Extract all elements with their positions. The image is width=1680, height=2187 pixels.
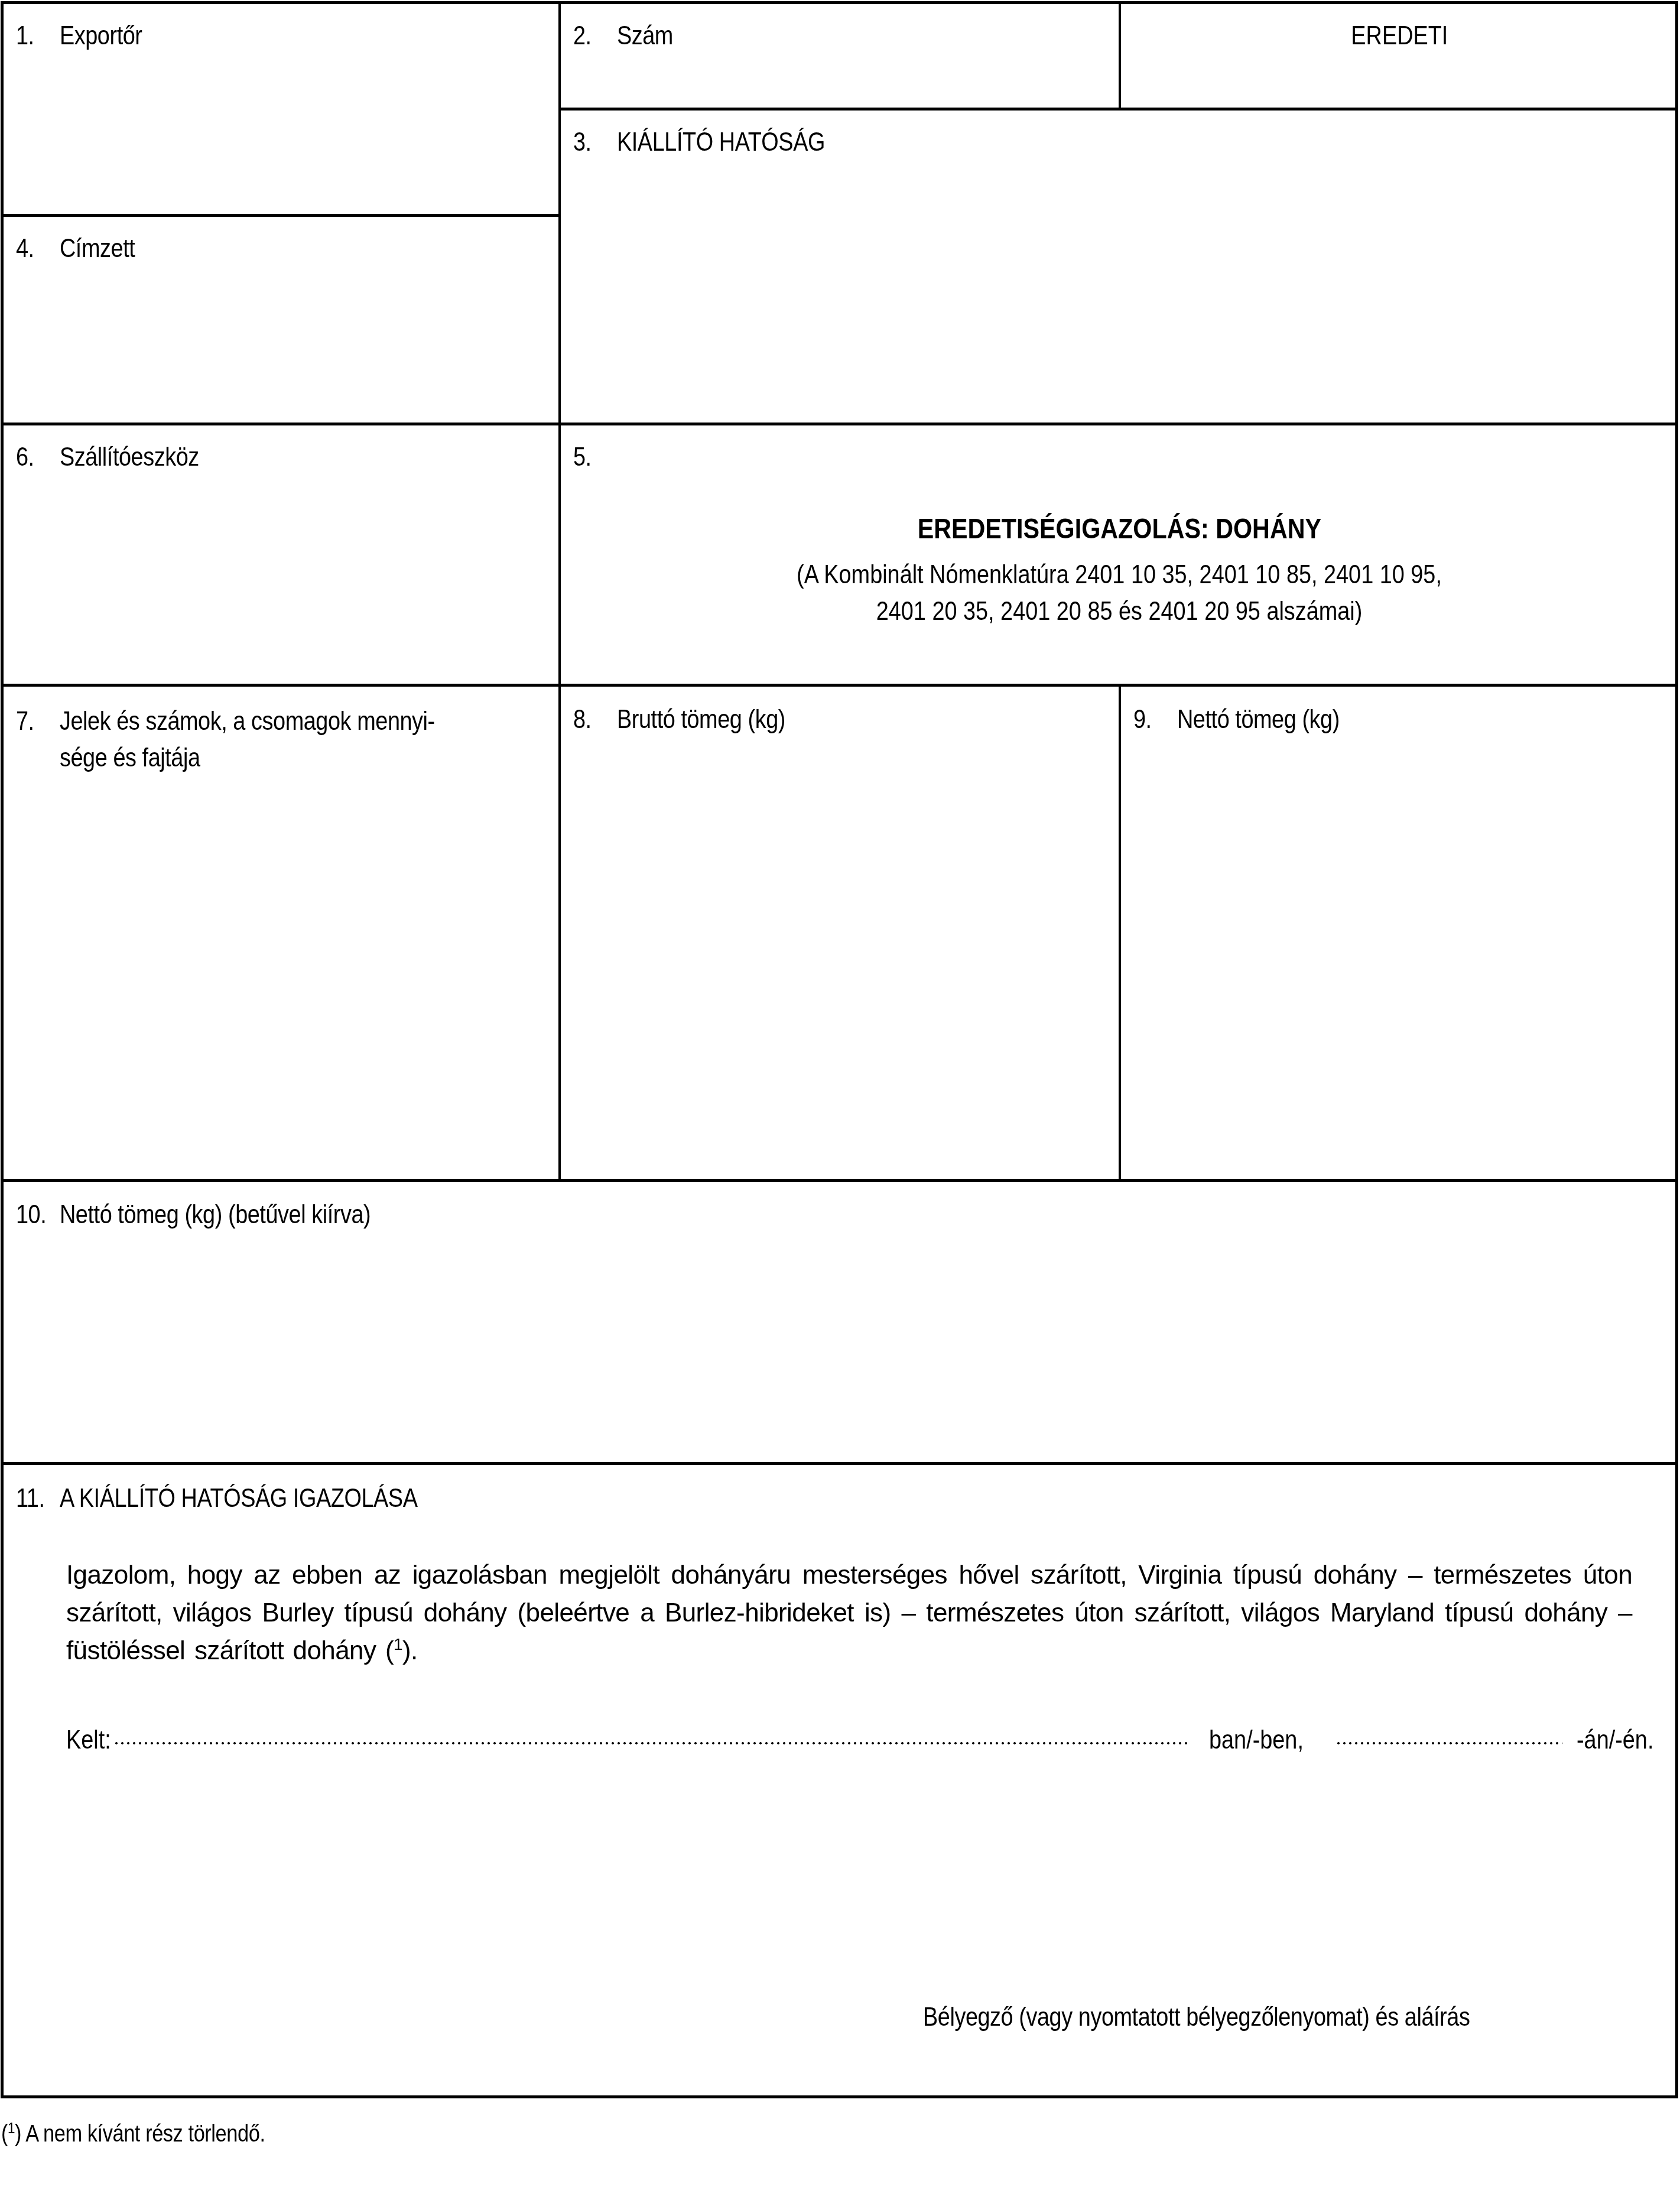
- field-issuing-authority-label: 3.KIÁLLÍTÓ HATÓSÁG: [573, 126, 825, 159]
- field-marks-label: 7.Jelek és számok, a csomagok mennyi- sé…: [16, 703, 435, 776]
- date-label: Kelt:: [66, 1724, 111, 1757]
- date-place-line: Kelt: ban/-ben, -án/-én.: [66, 1724, 1626, 1759]
- field-label: Szám: [617, 21, 673, 50]
- field-label-line-1: Jelek és számok, a csomagok mennyi-: [60, 707, 435, 736]
- field-consignee-label: 4.Címzett: [16, 232, 135, 265]
- field-label: KIÁLLÍTÓ HATÓSÁG: [617, 128, 825, 157]
- field-number: 10.: [16, 1198, 60, 1231]
- field-net-weight-words-input[interactable]: [6, 1238, 1672, 1458]
- footnote-text: ) A nem kívánt rész törlendő.: [15, 2121, 265, 2147]
- divider-col-2-top: [1119, 1, 1121, 110]
- field-number: 4.: [16, 232, 60, 265]
- field-label: Szállítóeszköz: [60, 443, 199, 472]
- place-suffix: ban/-ben,: [1209, 1724, 1304, 1757]
- field-label: Címzett: [60, 234, 135, 263]
- field-certification-label: 11.A KIÁLLÍTÓ HATÓSÁG IGAZOLÁSA: [16, 1482, 417, 1515]
- field-number: 3.: [573, 126, 617, 159]
- footnote: (1) A nem kívánt rész törlendő.: [1, 2117, 265, 2150]
- field-label: Exportőr: [60, 21, 142, 50]
- divider-col-1: [558, 1, 561, 1180]
- field-label: Nettó tömeg (kg): [1177, 705, 1340, 734]
- place-input[interactable]: [113, 1740, 1189, 1746]
- field-net-weight-input[interactable]: [1125, 745, 1673, 1175]
- statement-end: ).: [402, 1636, 418, 1665]
- field-label: Nettó tömeg (kg) (betűvel kiírva): [60, 1200, 371, 1229]
- field-transport-label: 6.Szállítóeszköz: [16, 441, 199, 474]
- statement-text: Igazolom, hogy az ebben az igazolásban m…: [66, 1561, 1632, 1665]
- date-input[interactable]: [1335, 1740, 1562, 1746]
- copy-type-label: EREDETI: [1122, 20, 1677, 53]
- date-suffix: -án/-én.: [1577, 1724, 1653, 1757]
- divider-row-net-words: [1, 1179, 1678, 1182]
- field-number-label: 2.Szám: [573, 20, 673, 53]
- field-net-weight-words-label: 10.Nettó tömeg (kg) (betűvel kiírva): [16, 1198, 371, 1231]
- field-number: 8.: [573, 703, 617, 736]
- field-number: 2.: [573, 20, 617, 53]
- divider-row-exporter: [1, 214, 560, 217]
- field-issuing-authority-input[interactable]: [564, 165, 1672, 417]
- certificate-subtitle-line-2: 2401 20 35, 2401 20 85 és 2401 20 95 als…: [639, 593, 1599, 630]
- footnote-open: (: [1, 2121, 8, 2147]
- certification-statement: Igazolom, hogy az ebben az igazolásban m…: [66, 1556, 1632, 1670]
- stamp-signature-label: Bélyegző (vagy nyomtatott bélyegzőlenyom…: [923, 2001, 1470, 2034]
- stamp-signature-text: Bélyegző (vagy nyomtatott bélyegzőlenyom…: [923, 2003, 1470, 2032]
- field-consignee-input[interactable]: [6, 272, 555, 418]
- field-number: 1.: [16, 20, 60, 53]
- stamp-signature-area[interactable]: [886, 1802, 1666, 1980]
- field-transport-input[interactable]: [6, 480, 555, 680]
- divider-row-marks: [1, 684, 1678, 687]
- field-label: A KIÁLLÍTÓ HATÓSÁG IGAZOLÁSA: [60, 1484, 418, 1513]
- footnote-ref: 1: [8, 2119, 15, 2137]
- field-number: 6.: [16, 441, 60, 474]
- divider-row-certification: [1, 1462, 1678, 1465]
- divider-col-2-weights: [1119, 685, 1121, 1180]
- field-number: 7.: [16, 703, 60, 740]
- copy-type-text: EREDETI: [1351, 20, 1448, 53]
- certificate-subtitle-block: (A Kombinált Nómenklatúra 2401 10 35, 24…: [561, 557, 1677, 630]
- field-label-line-2: sége és fajtája: [60, 743, 200, 772]
- field-5-number: 5.: [573, 441, 592, 474]
- divider-row-number: [560, 108, 1678, 111]
- field-gross-weight-input[interactable]: [564, 745, 1114, 1175]
- field-number: 11.: [16, 1482, 60, 1515]
- field-exporter-label: 1.Exportőr: [16, 20, 142, 53]
- certificate-subtitle-line-1: (A Kombinált Nómenklatúra 2401 10 35, 24…: [639, 557, 1599, 593]
- field-number: 9.: [1133, 703, 1177, 736]
- certificate-title: EREDETISÉGIGAZOLÁS: DOHÁNY: [917, 512, 1321, 547]
- field-label: Bruttó tömeg (kg): [617, 705, 785, 734]
- footnote-ref: 1: [394, 1635, 402, 1653]
- field-number-input[interactable]: [564, 59, 1114, 103]
- field-net-weight-label: 9.Nettó tömeg (kg): [1133, 703, 1340, 736]
- field-marks-input[interactable]: [6, 780, 555, 1175]
- field-gross-weight-label: 8.Bruttó tömeg (kg): [573, 703, 785, 736]
- field-number: 5.: [573, 443, 592, 472]
- field-exporter-input[interactable]: [6, 59, 555, 210]
- divider-row-transport: [1, 423, 1678, 425]
- certificate-title-block: EREDETISÉGIGAZOLÁS: DOHÁNY: [561, 512, 1677, 547]
